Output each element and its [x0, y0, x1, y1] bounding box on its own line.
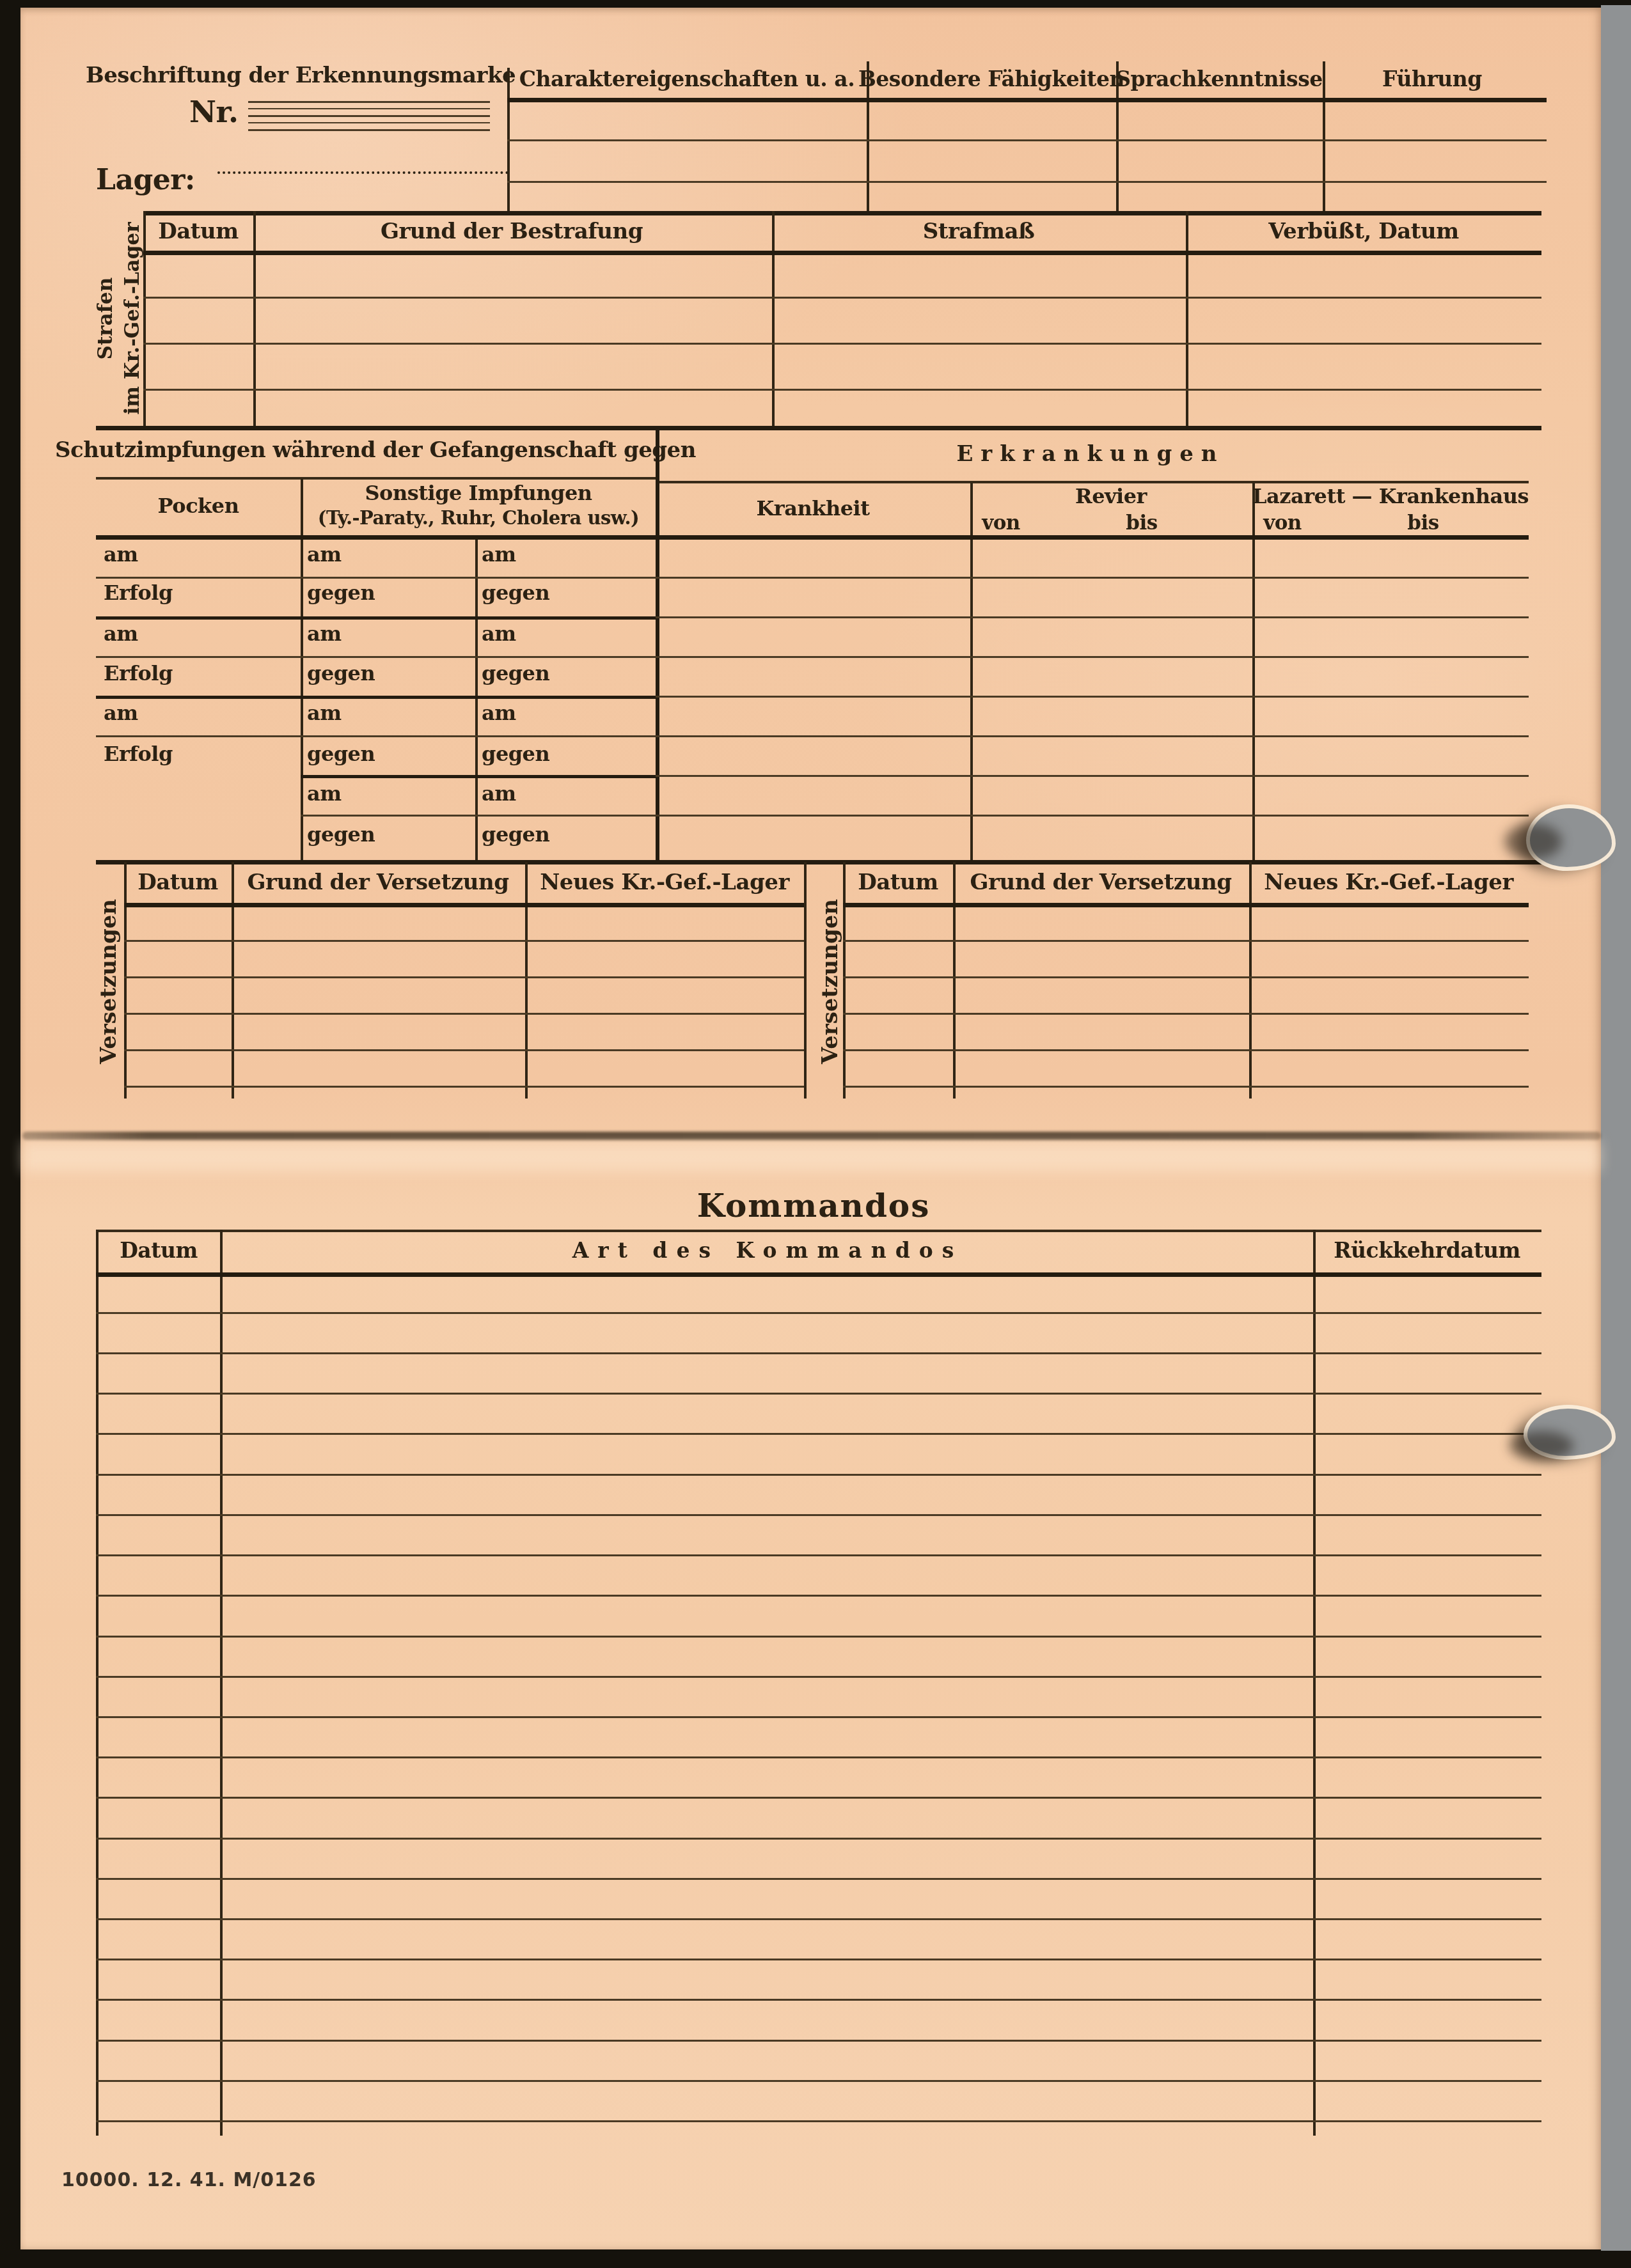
sonstige-cell: am — [482, 542, 516, 567]
illnesses-krankheit-header: Krankheit — [757, 496, 870, 520]
kommandos-row-rule — [96, 1474, 1541, 1476]
pocken-cell: Erfolg — [104, 661, 173, 685]
illnesses-title-rule — [656, 481, 1529, 483]
pocken-cell: am — [104, 701, 138, 725]
sonstige-cell: am — [482, 701, 516, 725]
scanned-card: Beschriftung der Erkennungsmarke Nr. Lag… — [0, 0, 1631, 2268]
printer-imprint: 10000. 12. 41. M/0126 — [61, 2169, 317, 2191]
punishments-row-rule — [143, 343, 1541, 345]
pocken-cell: Erfolg — [104, 742, 173, 766]
camp-entry-line — [217, 171, 508, 174]
vaccinations-sonstige-subheader: (Ty.-Paraty., Ruhr, Cholera usw.) — [318, 507, 639, 529]
transfers-border — [843, 862, 846, 1099]
transfers-row-rule — [124, 976, 804, 978]
transfers-divider — [953, 862, 956, 1099]
kommandos-header: Art des Kommandos — [572, 1238, 963, 1263]
punishments-header: Strafmaß — [923, 219, 1035, 244]
kommandos-row-rule — [96, 1797, 1541, 1799]
traits-row-rule — [507, 139, 1547, 141]
vaccinations-subdivider — [475, 536, 478, 862]
punishments-side-label-line1: Strafen — [92, 222, 119, 414]
sonstige-cell: gegen — [307, 581, 375, 605]
transfers-row-rule — [124, 1086, 804, 1088]
transfers-row-rule — [843, 940, 1529, 942]
sonstige-cell: gegen — [307, 742, 375, 766]
kommandos-title: Kommandos — [697, 1187, 931, 1224]
illness-row-rule — [656, 696, 1529, 698]
kommandos-row-rule — [96, 1918, 1541, 1920]
transfers-divider — [525, 862, 528, 1099]
sonstige-cell: am — [307, 701, 342, 725]
punishments-header: Verbüßt, Datum — [1268, 219, 1458, 244]
sonstige-cell: gegen — [482, 581, 549, 605]
illnesses-bis-label: bis — [1407, 512, 1438, 535]
kommandos-header: Rückkehrdatum — [1334, 1238, 1520, 1263]
paper-fold-highlight — [22, 1142, 1601, 1171]
pocken-cell: am — [104, 622, 138, 646]
kommandos-row-rule — [96, 1312, 1541, 1314]
id-number-rule — [248, 108, 490, 109]
transfers-divider — [1249, 862, 1252, 1099]
traits-header: Besondere Fähigkeiten — [858, 66, 1124, 91]
transfers-header: Grund der Versetzung — [248, 870, 509, 895]
kommandos-row-rule — [96, 1959, 1541, 1960]
kommandos-row-rule — [96, 1595, 1541, 1597]
vaccination-row-rule — [96, 577, 656, 579]
id-number-rule — [248, 101, 490, 103]
punishments-row-rule — [143, 389, 1541, 391]
subheader-rule — [96, 535, 1529, 540]
pocken-cell: am — [104, 542, 138, 567]
illness-row-rule — [656, 656, 1529, 658]
illness-row-rule — [656, 815, 1529, 817]
id-tag-title: Beschriftung der Erkennungsmarke — [86, 63, 516, 88]
traits-header: Führung — [1382, 66, 1482, 91]
vaccination-row-rule — [96, 735, 656, 737]
vaccination-row-rule — [96, 656, 656, 658]
illnesses-von-label: von — [982, 512, 1020, 535]
kommandos-row-rule — [96, 2120, 1541, 2122]
kommandos-row-rule — [96, 2040, 1541, 2042]
kommandos-row-rule — [96, 1636, 1541, 1638]
punishments-divider — [772, 211, 775, 428]
section-divider — [656, 428, 659, 863]
illness-row-rule — [656, 775, 1529, 777]
transfers-header-rule — [124, 903, 804, 907]
vaccinations-sonstige-header: Sonstige Impfungen — [365, 481, 592, 505]
punishments-divider — [1186, 211, 1188, 428]
illnesses-von-label: von — [1263, 512, 1302, 535]
traits-divider — [1323, 61, 1325, 211]
punch-hole-shadow — [1509, 1431, 1573, 1460]
kommandos-row-rule — [96, 1716, 1541, 1718]
kommandos-row-rule — [96, 1676, 1541, 1678]
paper-fold-crease — [22, 1132, 1601, 1140]
transfers-row-rule — [843, 976, 1529, 978]
punishments-divider — [253, 211, 256, 428]
vaccination-group-rule — [96, 616, 656, 620]
transfers-header: Datum — [858, 870, 938, 895]
kommandos-row-rule — [96, 1554, 1541, 1556]
kommandos-row-rule — [96, 1352, 1541, 1354]
sonstige-cell: am — [307, 622, 342, 646]
transfers-row-rule — [843, 1013, 1529, 1015]
kommandos-row-rule — [96, 1433, 1541, 1435]
transfers-header-rule — [843, 903, 1529, 907]
sonstige-cell: am — [307, 542, 342, 567]
transfers-header: Neues Kr.-Gef.-Lager — [1264, 870, 1513, 895]
kommandos-row-rule — [96, 1838, 1541, 1840]
punishments-header-rule — [143, 251, 1541, 255]
kommandos-header-rule — [96, 1272, 1541, 1277]
punishments-bottom-rule — [96, 426, 1541, 430]
transfers-header: Grund der Versetzung — [970, 870, 1232, 895]
illnesses-title: Erkrankungen — [956, 441, 1224, 467]
vaccinations-pocken-header: Pocken — [158, 494, 239, 518]
illness-row-rule — [656, 577, 1529, 579]
punishments-left-border — [143, 211, 146, 428]
kommandos-row-rule — [96, 2080, 1541, 2082]
vaccination-group-rule — [96, 696, 656, 699]
punishments-top-rule — [143, 211, 1541, 215]
transfers-row-rule — [843, 1049, 1529, 1051]
sonstige-cell: gegen — [307, 661, 375, 685]
sonstige-cell: gegen — [307, 822, 375, 847]
punishments-header: Datum — [158, 219, 238, 244]
sonstige-cell: gegen — [482, 742, 549, 766]
id-tag-number-label: Nr. — [189, 95, 239, 129]
illnesses-revier-header: Revier — [1075, 484, 1147, 508]
punishments-side-label-line2: im Kr.-Gef.-Lager — [119, 222, 146, 414]
kommandos-row-rule — [96, 1878, 1541, 1880]
kommandos-row-rule — [96, 1756, 1541, 1758]
kommandos-row-rule — [96, 1999, 1541, 2001]
sonstige-cell: am — [482, 781, 516, 806]
id-number-rule — [248, 115, 490, 117]
illnesses-bis-label: bis — [1126, 512, 1157, 535]
vaccinations-title: Schutzimpfungen während der Gefangenscha… — [55, 437, 696, 463]
transfers-row-rule — [124, 1049, 804, 1051]
scanner-background — [1601, 5, 1631, 2251]
pocken-cell: Erfolg — [104, 581, 173, 605]
sonstige-cell: gegen — [482, 822, 549, 847]
punishments-header: Grund der Bestrafung — [381, 219, 643, 244]
kommandos-top-rule — [96, 1230, 1541, 1232]
vaccination-row-rule — [301, 815, 656, 817]
traits-header: Sprachkenntnisse — [1115, 66, 1323, 91]
illness-row-rule — [656, 616, 1529, 618]
traits-header-rule — [507, 98, 1547, 102]
transfers-border — [804, 862, 807, 1099]
illness-row-rule — [656, 735, 1529, 737]
sonstige-cell: am — [307, 781, 342, 806]
illnesses-lazarett-header: Lazarett — Krankenhaus — [1252, 484, 1529, 508]
transfers-row-rule — [843, 1086, 1529, 1088]
kommandos-header: Datum — [120, 1238, 198, 1263]
sonstige-cell: am — [482, 622, 516, 646]
punch-hole-shadow — [1504, 824, 1562, 859]
transfers-border — [124, 862, 127, 1099]
id-number-rule — [248, 122, 490, 123]
sonstige-cell: gegen — [482, 661, 549, 685]
kommandos-row-rule — [96, 1393, 1541, 1395]
vaccinations-title-rule — [96, 477, 656, 480]
transfers-header: Neues Kr.-Gef.-Lager — [540, 870, 789, 895]
transfers-row-rule — [124, 1013, 804, 1015]
transfers-row-rule — [124, 940, 804, 942]
transfers-header: Datum — [138, 870, 217, 895]
kommandos-row-rule — [96, 1514, 1541, 1516]
traits-row-rule — [507, 181, 1547, 183]
traits-header: Charaktereigenschaften u. a. — [519, 66, 855, 91]
transfers-divider — [232, 862, 234, 1099]
id-number-rule — [248, 129, 490, 131]
vaccination-group-rule — [301, 775, 656, 778]
punishments-row-rule — [143, 297, 1541, 299]
